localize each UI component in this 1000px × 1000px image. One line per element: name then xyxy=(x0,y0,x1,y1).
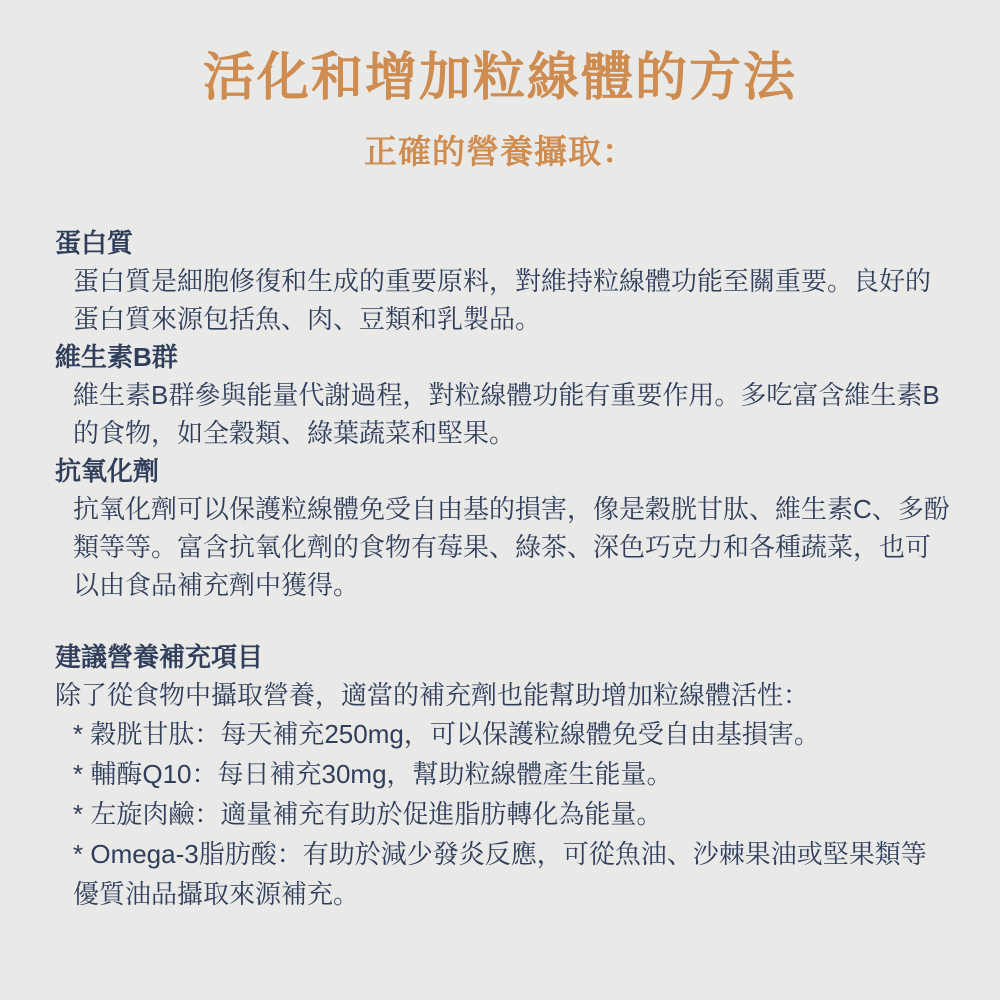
section-body-vitamin-b: 維生素B群參與能量代謝過程，對粒線體功能有重要作用。多吃富含維生素B的食物，如全… xyxy=(73,376,950,452)
section-heading-protein: 蛋白質 xyxy=(55,224,950,262)
section-body-protein: 蛋白質是細胞修復和生成的重要原料，對維持粒線體功能至關重要。良好的蛋白質來源包括… xyxy=(73,262,950,338)
page-title: 活化和增加粒線體的方法 xyxy=(0,48,1000,108)
supplement-item-coq10: * 輔酶Q10：每日補充30mg，幫助粒線體產生能量。 xyxy=(73,754,950,794)
page-subtitle: 正確的營養攝取： xyxy=(0,132,1000,172)
supplement-item-l-carnitine: * 左旋肉鹼：適量補充有助於促進脂肪轉化為能量。 xyxy=(73,794,950,834)
infographic-page: 活化和增加粒線體的方法 正確的營養攝取： 蛋白質 蛋白質是細胞修復和生成的重要原… xyxy=(0,0,1000,1000)
section-heading-antioxidant: 抗氧化劑 xyxy=(55,452,950,490)
section-heading-vitamin-b: 維生素B群 xyxy=(55,338,950,376)
supplement-item-omega-3: * Omega-3脂肪酸：有助於減少發炎反應，可從魚油、沙棘果油或堅果類等優質油… xyxy=(73,834,950,914)
section-body-antioxidant: 抗氧化劑可以保護粒線體免受自由基的損害，像是穀胱甘肽、維生素C、多酚類等等。富含… xyxy=(73,490,950,604)
section-heading-supplements: 建議營養補充項目 xyxy=(55,638,950,676)
section-vitamin-b: 維生素B群 維生素B群參與能量代謝過程，對粒線體功能有重要作用。多吃富含維生素B… xyxy=(55,338,950,452)
supplements-intro: 除了從食物中攝取營養，適當的補充劑也能幫助增加粒線體活性： xyxy=(55,676,950,714)
section-supplements: 建議營養補充項目 除了從食物中攝取營養，適當的補充劑也能幫助增加粒線體活性： *… xyxy=(55,638,950,914)
content-area: 蛋白質 蛋白質是細胞修復和生成的重要原料，對維持粒線體功能至關重要。良好的蛋白質… xyxy=(55,224,950,914)
section-protein: 蛋白質 蛋白質是細胞修復和生成的重要原料，對維持粒線體功能至關重要。良好的蛋白質… xyxy=(55,224,950,338)
supplement-item-glutathione: * 穀胱甘肽：每天補充250mg，可以保護粒線體免受自由基損害。 xyxy=(73,714,950,754)
section-antioxidant: 抗氧化劑 抗氧化劑可以保護粒線體免受自由基的損害，像是穀胱甘肽、維生素C、多酚類… xyxy=(55,452,950,604)
